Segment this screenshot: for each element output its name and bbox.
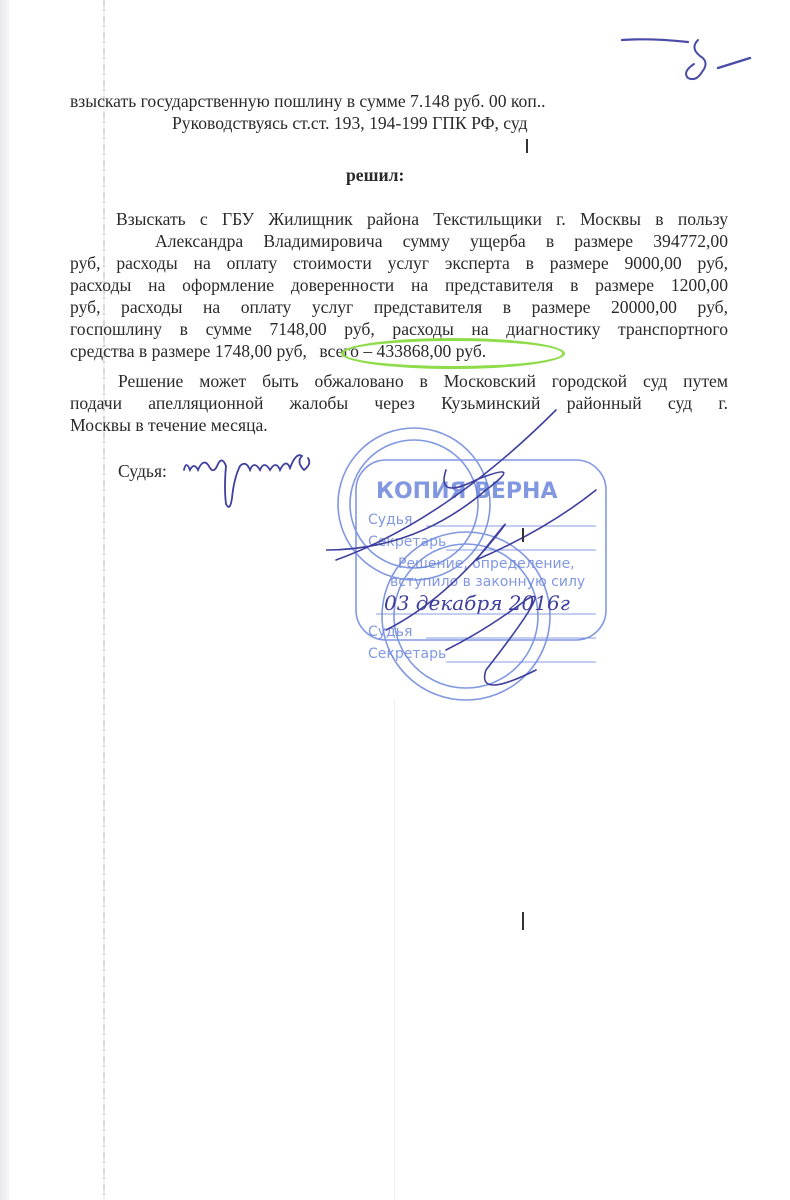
svg-text:Судья: Судья	[368, 624, 412, 640]
ruling-heading: решил:	[346, 164, 404, 186]
ruling-line-2: Александра Владимировича сумму ущерба в …	[155, 230, 728, 252]
ruling-line-3: руб, расходы на оплату стоимости услуг э…	[70, 252, 728, 274]
fold-line	[103, 0, 105, 1200]
court-stamp: КОПИЯ ВЕРНА Судья Секретарь Решение, опр…	[326, 400, 626, 710]
appeal-line-1: Решение может быть обжаловано в Московск…	[118, 370, 728, 392]
ruling-last-prefix: средства в размере 1748,00 руб,	[70, 341, 311, 361]
total-highlight-ellipse	[341, 338, 565, 369]
fold-line-faint	[394, 700, 395, 1200]
margin-tick-bottom	[522, 912, 524, 930]
svg-text:Судья: Судья	[368, 512, 412, 528]
svg-text:03 декабря 2016г: 03 декабря 2016г	[384, 591, 570, 615]
margin-tick	[526, 139, 528, 153]
ruling-line-6: госпошлину в сумме 7148,00 руб, расходы …	[70, 318, 728, 340]
scan-edge	[0, 0, 9, 1200]
judge-signature	[180, 448, 340, 518]
svg-text:Решение, определение,: Решение, определение,	[398, 556, 575, 572]
svg-text:КОПИЯ ВЕРНА: КОПИЯ ВЕРНА	[376, 479, 557, 504]
guided-by-line: Руководствуясь ст.ст. 193, 194-199 ГПК Р…	[172, 112, 528, 134]
svg-text:Секретарь: Секретарь	[368, 646, 446, 662]
ruling-line-1: Взыскать с ГБУ Жилищник района Текстильщ…	[116, 208, 728, 230]
svg-text:вступило в законную силу: вступило в законную силу	[390, 574, 585, 590]
appeal-line-3: Москвы в течение месяца.	[70, 414, 268, 436]
ruling-line-4: расходы на оформление доверенности на пр…	[70, 274, 728, 296]
page-number-handwritten	[610, 28, 770, 88]
judge-label: Судья:	[118, 460, 167, 482]
duty-line: взыскать государственную пошлину в сумме…	[70, 90, 546, 112]
ruling-line-5: руб, расходы на оплату услуг представите…	[70, 296, 728, 318]
